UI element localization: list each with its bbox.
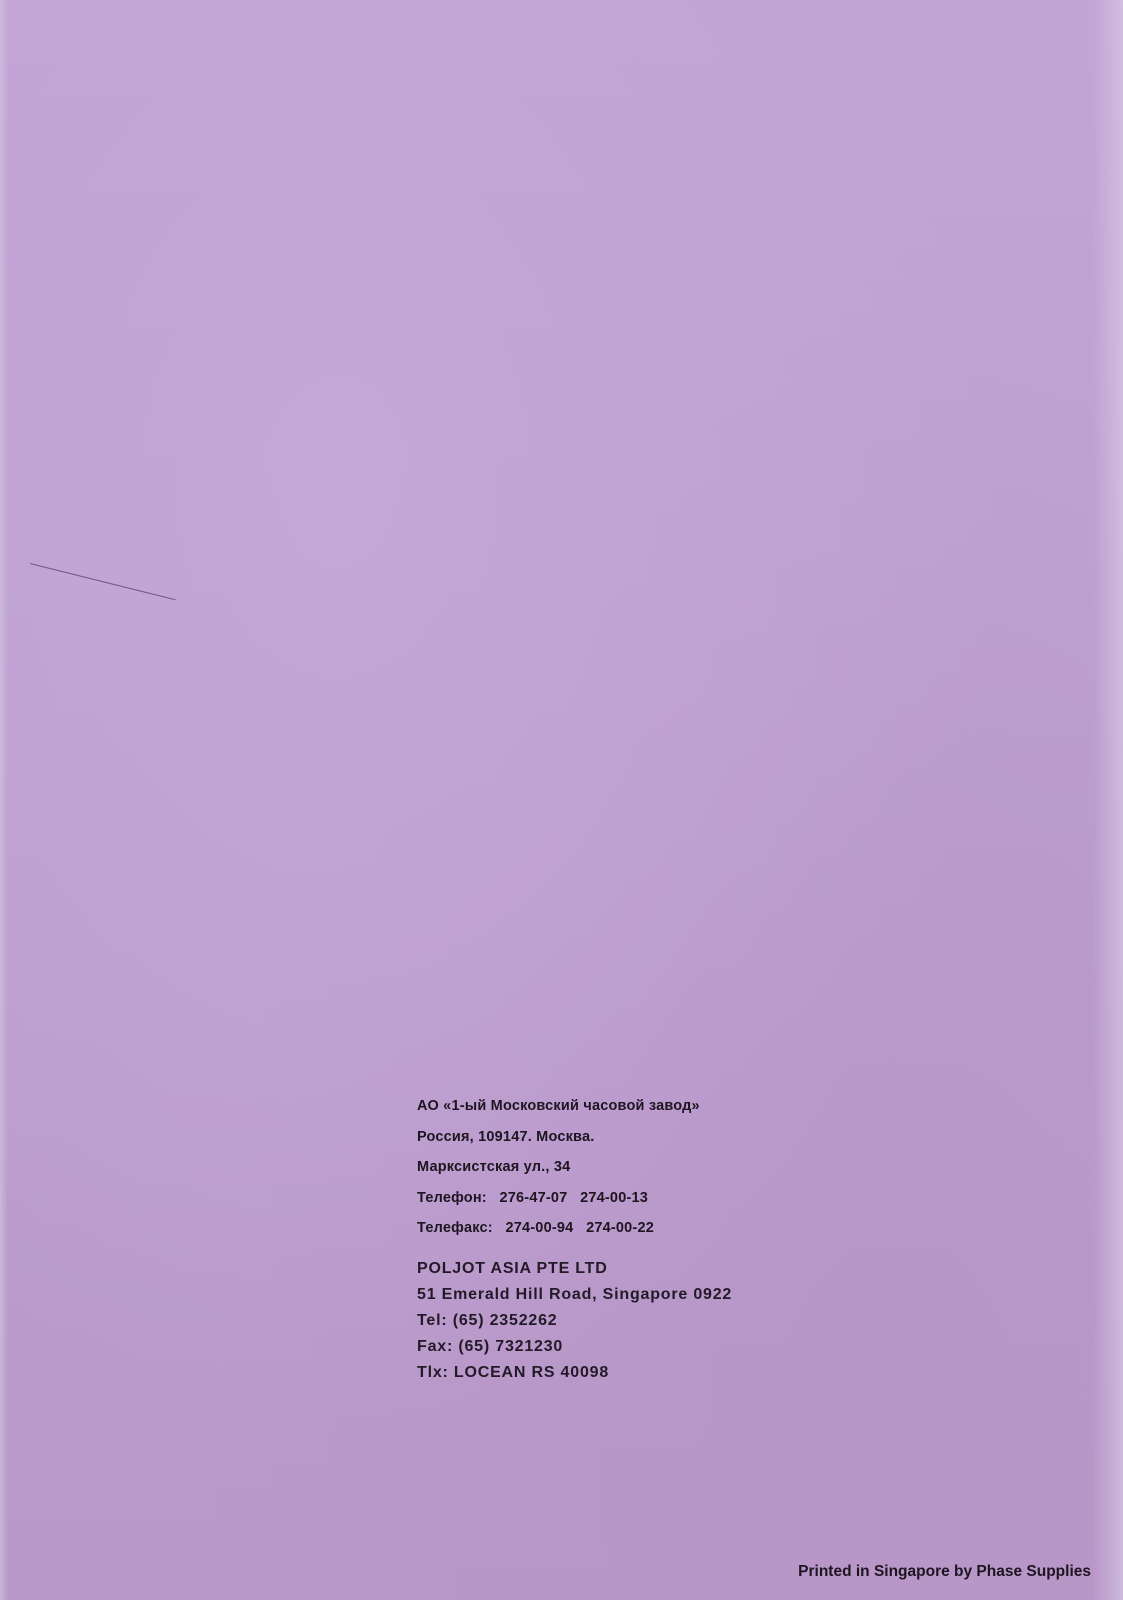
asia-fax: Fax: (65) 7321230 xyxy=(417,1337,732,1363)
asia-address: 51 Emerald Hill Road, Singapore 0922 xyxy=(417,1285,732,1311)
fax-label: Телефакс: xyxy=(417,1220,493,1236)
asia-telex: Tlx: LOCEAN RS 40098 xyxy=(417,1363,732,1389)
paper-edge-left xyxy=(0,0,8,1600)
russian-company-name: АО «1-ый Московский часовой завод» xyxy=(417,1097,700,1128)
russian-city-line: Россия, 109147. Москва. xyxy=(417,1128,700,1159)
russian-fax-line: Телефакс: 274-00-94 274-00-22 xyxy=(417,1219,700,1250)
russian-contact-block: АО «1-ый Московский часовой завод» Росси… xyxy=(417,1097,700,1250)
phone-numbers: 276-47-07 274-00-13 xyxy=(500,1190,649,1206)
paper-edge-right xyxy=(1093,0,1123,1600)
russian-street: Марксистская ул., 34 xyxy=(417,1158,700,1189)
phone-label: Телефон: xyxy=(417,1190,487,1206)
asia-company-name: POLJOT ASIA PTE LTD xyxy=(417,1259,732,1285)
asia-contact-block: POLJOT ASIA PTE LTD 51 Emerald Hill Road… xyxy=(417,1259,732,1389)
fax-numbers: 274-00-94 274-00-22 xyxy=(505,1220,654,1236)
printer-credit: Printed in Singapore by Phase Supplies xyxy=(798,1563,1091,1581)
asia-tel: Tel: (65) 2352262 xyxy=(417,1311,732,1337)
russian-phone-line: Телефон: 276-47-07 274-00-13 xyxy=(417,1189,700,1220)
